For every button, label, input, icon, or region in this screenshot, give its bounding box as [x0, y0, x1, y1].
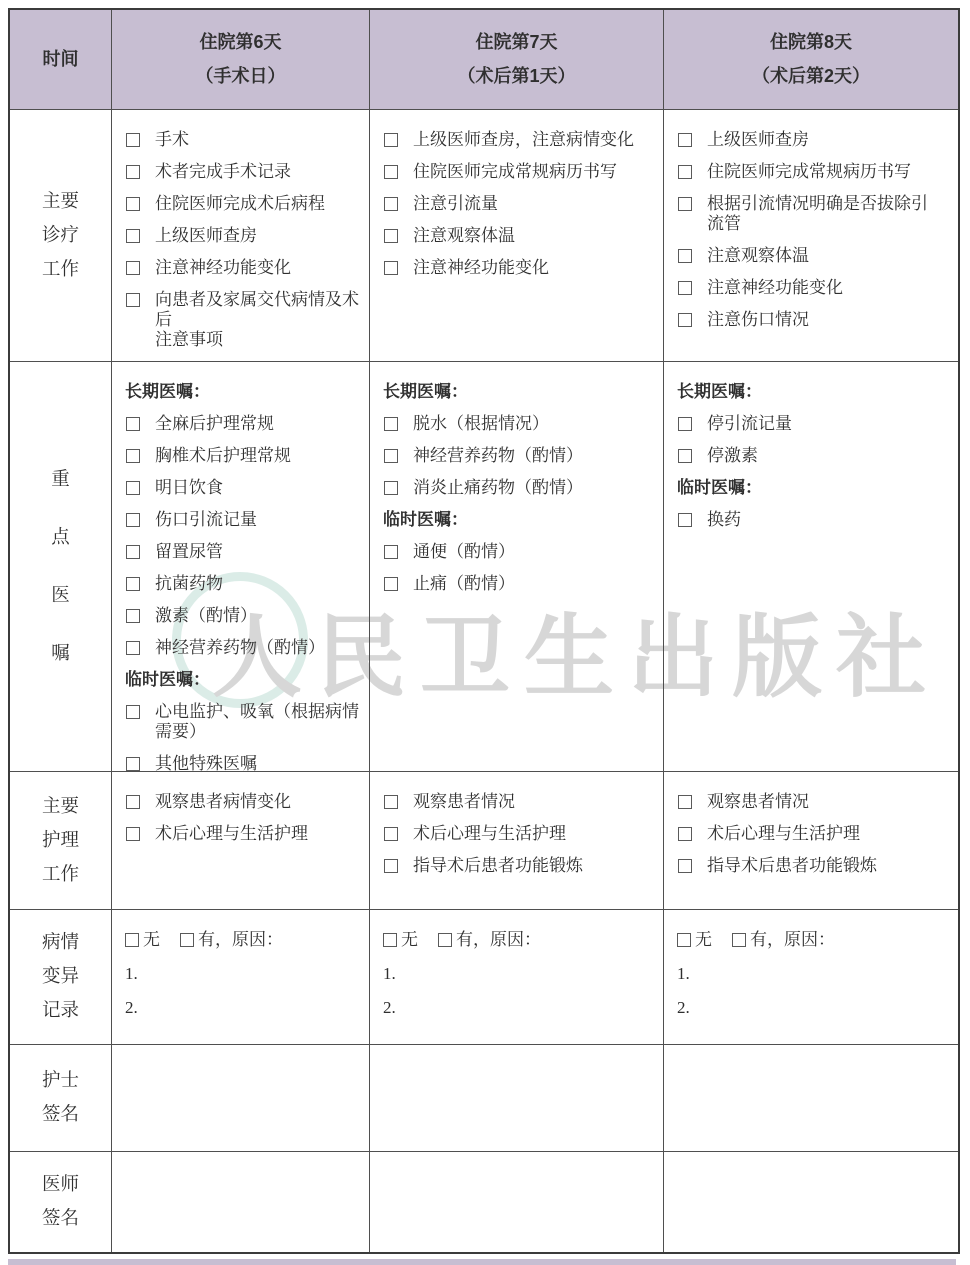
checklist-item: 通便（酌情）	[383, 542, 655, 562]
checklist-item: 停激素	[677, 446, 950, 466]
row-label-line: 点	[51, 509, 70, 567]
checkbox-icon[interactable]	[678, 281, 692, 295]
header-day8-line2: （术后第2天）	[752, 60, 870, 93]
row-label-key-orders: 重点医嘱	[10, 362, 112, 772]
checkbox-icon[interactable]	[678, 513, 692, 527]
row-label-main-nursing: 主要护理工作	[10, 772, 112, 910]
checklist-item-label: 注意引流量	[413, 194, 498, 213]
checklist-item: 其他特殊医嘱	[125, 754, 361, 772]
row-label-physician-signature: 医师签名	[10, 1152, 112, 1252]
variation-none-label: 无	[695, 930, 712, 950]
checkbox-icon[interactable]	[126, 757, 140, 771]
checklist-item: 指导术后患者功能锻炼	[383, 856, 655, 876]
checklist-item: 术者完成手术记录	[125, 162, 361, 182]
cell-variation-day8: 无有，原因：1.2.	[664, 910, 958, 1045]
checklist-item-label: 注意神经功能变化	[413, 258, 549, 277]
row-label-line: 护士	[42, 1064, 79, 1098]
checkbox-icon[interactable]	[126, 641, 140, 655]
checklist-item: 止痛（酌情）	[383, 574, 655, 594]
checklist-item: 激素（酌情）	[125, 606, 361, 626]
row-label-line: 记录	[42, 994, 79, 1028]
order-section-heading: 临时医嘱：	[383, 510, 655, 530]
checklist-item: 根据引流情况明确是否拔除引 流管	[677, 194, 950, 234]
checkbox-icon[interactable]	[678, 249, 692, 263]
variation-none-label: 无	[143, 930, 160, 950]
row-label-line: 变异	[42, 960, 79, 994]
checklist-item-label: 伤口引流记量	[155, 510, 257, 529]
checkbox-icon[interactable]	[384, 795, 398, 809]
checklist-item-label: 术后心理与生活护理	[413, 824, 566, 843]
checkbox-icon[interactable]	[126, 577, 140, 591]
checklist-item-label: 脱水（根据情况）	[413, 414, 549, 433]
row-label-line: 医师	[42, 1168, 79, 1202]
checklist-item: 术后心理与生活护理	[125, 824, 361, 844]
variation-yes-label: 有，原因：	[750, 930, 835, 950]
row-label-line: 签名	[42, 1202, 79, 1236]
header-day6-cell: 住院第6天 （手术日）	[112, 10, 370, 110]
variation-none-option: 无	[677, 930, 712, 950]
cell-orders-day8: 长期医嘱：停引流记量停激素临时医嘱：换药	[664, 362, 958, 772]
cell-treatment-day6: 手术术者完成手术记录住院医师完成术后病程上级医师查房注意神经功能变化向患者及家属…	[112, 110, 370, 362]
variation-yes-option: 有，原因：	[732, 930, 835, 950]
checklist-item-label: 胸椎术后护理常规	[155, 446, 291, 465]
checklist-item-label: 换药	[707, 510, 741, 529]
cell-nurse-signature-day6[interactable]	[112, 1045, 370, 1152]
checkbox-icon[interactable]	[384, 261, 398, 275]
checklist-item: 上级医师查房	[677, 130, 950, 150]
checkbox-icon[interactable]	[678, 795, 692, 809]
variation-none-label: 无	[401, 930, 418, 950]
variation-yes-option: 有，原因：	[180, 930, 283, 950]
checklist-item: 伤口引流记量	[125, 510, 361, 530]
checklist-item: 明日饮食	[125, 478, 361, 498]
checkbox-icon[interactable]	[677, 933, 691, 947]
checkbox-icon[interactable]	[384, 133, 398, 147]
checkbox-icon[interactable]	[180, 933, 194, 947]
checklist-item: 上级医师查房，注意病情变化	[383, 130, 655, 150]
checkbox-icon[interactable]	[678, 827, 692, 841]
checklist-item: 上级医师查房	[125, 226, 361, 246]
checklist-item: 注意引流量	[383, 194, 655, 214]
header-day7-line2: （术后第1天）	[457, 60, 575, 93]
checkbox-icon[interactable]	[384, 577, 398, 591]
variation-none-option: 无	[125, 930, 160, 950]
checkbox-icon[interactable]	[126, 545, 140, 559]
checkbox-icon[interactable]	[678, 313, 692, 327]
checkbox-icon[interactable]	[126, 795, 140, 809]
order-section-heading: 长期医嘱：	[677, 382, 950, 402]
checkbox-icon[interactable]	[732, 933, 746, 947]
cell-variation-day7: 无有，原因：1.2.	[370, 910, 664, 1045]
cell-orders-day7: 长期医嘱：脱水（根据情况）神经营养药物（酌情）消炎止痛药物（酌情）临时医嘱：通便…	[370, 362, 664, 772]
checklist-item: 住院医师完成术后病程	[125, 194, 361, 214]
cell-treatment-day7: 上级医师查房，注意病情变化住院医师完成常规病历书写注意引流量注意观察体温注意神经…	[370, 110, 664, 362]
checkbox-icon[interactable]	[126, 197, 140, 211]
checklist-item: 指导术后患者功能锻炼	[677, 856, 950, 876]
checklist-item-label: 停引流记量	[707, 414, 792, 433]
checklist-item: 胸椎术后护理常规	[125, 446, 361, 466]
checklist-item: 术后心理与生活护理	[383, 824, 655, 844]
checkbox-icon[interactable]	[678, 197, 692, 211]
row-label-line: 护理	[42, 824, 79, 858]
checklist-item-label: 注意观察体温	[707, 246, 809, 265]
row-label-line: 签名	[42, 1098, 79, 1132]
checklist-item-label: 观察患者情况	[707, 792, 809, 811]
checklist-item: 心电监护、吸氧（根据病情需要）	[125, 702, 361, 742]
checkbox-icon[interactable]	[384, 545, 398, 559]
numbered-reason-line: 1.	[125, 964, 361, 984]
numbered-reason-line: 1.	[677, 964, 950, 984]
checkbox-icon[interactable]	[126, 229, 140, 243]
checklist-item: 注意观察体温	[383, 226, 655, 246]
checklist-item: 抗菌药物	[125, 574, 361, 594]
checklist-item: 脱水（根据情况）	[383, 414, 655, 434]
checklist-item-label: 停激素	[707, 446, 758, 465]
numbered-reason-line: 1.	[383, 964, 655, 984]
checklist-item-label: 注意伤口情况	[707, 310, 809, 329]
checklist-item-label: 住院医师完成常规病历书写	[413, 162, 617, 181]
checklist-item: 观察患者情况	[383, 792, 655, 812]
checklist-item-label: 住院医师完成常规病历书写	[707, 162, 911, 181]
checkbox-icon[interactable]	[126, 609, 140, 623]
checklist-item-label: 向患者及家属交代病情及术后 注意事项	[155, 290, 359, 349]
checkbox-icon[interactable]	[678, 859, 692, 873]
checklist-item-label: 激素（酌情）	[155, 606, 257, 625]
checkbox-icon[interactable]	[678, 133, 692, 147]
checklist-item: 换药	[677, 510, 950, 530]
checklist-item-label: 上级医师查房，注意病情变化	[413, 130, 634, 149]
checklist-item: 注意观察体温	[677, 246, 950, 266]
checklist-item-label: 通便（酌情）	[413, 542, 515, 561]
header-time-cell: 时间	[10, 10, 112, 110]
row-label-line: 工作	[42, 253, 79, 287]
checklist-item-label: 观察患者病情变化	[155, 792, 291, 811]
checklist-item: 术后心理与生活护理	[677, 824, 950, 844]
cell-physician-signature-day6[interactable]	[112, 1152, 370, 1252]
order-section-heading: 长期医嘱：	[383, 382, 655, 402]
checklist-item: 神经营养药物（酌情）	[383, 446, 655, 466]
checkbox-icon[interactable]	[384, 197, 398, 211]
checkbox-icon[interactable]	[126, 449, 140, 463]
checkbox-icon[interactable]	[126, 165, 140, 179]
row-label-line: 工作	[42, 858, 79, 892]
header-day6-line1: 住院第6天	[199, 26, 281, 59]
header-day7-line1: 住院第7天	[475, 26, 557, 59]
checklist-item: 注意神经功能变化	[383, 258, 655, 278]
checklist-item-label: 明日饮食	[155, 478, 223, 497]
cell-treatment-day8: 上级医师查房住院医师完成常规病历书写根据引流情况明确是否拔除引 流管注意观察体温…	[664, 110, 958, 362]
cell-variation-day6: 无有，原因：1.2.	[112, 910, 370, 1045]
checklist-item-label: 全麻后护理常规	[155, 414, 274, 433]
numbered-reason-line: 2.	[383, 998, 655, 1018]
checkbox-icon[interactable]	[126, 481, 140, 495]
checklist-item: 观察患者情况	[677, 792, 950, 812]
checklist-item-label: 术后心理与生活护理	[707, 824, 860, 843]
numbered-reason-line: 2.	[125, 998, 361, 1018]
checkbox-icon[interactable]	[126, 417, 140, 431]
checkbox-icon[interactable]	[678, 449, 692, 463]
checklist-item-label: 其他特殊医嘱	[155, 754, 257, 772]
checklist-item-label: 住院医师完成术后病程	[155, 194, 325, 213]
next-page-header-edge	[8, 1259, 956, 1265]
checklist-item: 全麻后护理常规	[125, 414, 361, 434]
cell-nurse-signature-day7[interactable]	[370, 1045, 664, 1152]
order-section-heading: 临时医嘱：	[125, 670, 361, 690]
checklist-item-label: 术后心理与生活护理	[155, 824, 308, 843]
header-day8-cell: 住院第8天 （术后第2天）	[664, 10, 958, 110]
row-label-line: 主要	[42, 185, 79, 219]
checkbox-icon[interactable]	[384, 449, 398, 463]
header-day8-line1: 住院第8天	[770, 26, 852, 59]
variation-yes-label: 有，原因：	[198, 930, 283, 950]
checkbox-icon[interactable]	[678, 417, 692, 431]
row-label-line: 病情	[42, 926, 79, 960]
row-label-variation-record: 病情变异记录	[10, 910, 112, 1045]
checklist-item: 停引流记量	[677, 414, 950, 434]
order-section-heading: 长期医嘱：	[125, 382, 361, 402]
checkbox-icon[interactable]	[384, 481, 398, 495]
order-section-heading: 临时医嘱：	[677, 478, 950, 498]
checklist-item-label: 注意神经功能变化	[155, 258, 291, 277]
clinical-pathway-table: 时间 住院第6天 （手术日） 住院第7天 （术后第1天） 住院第8天 （术后第2…	[8, 8, 960, 1254]
checkbox-icon[interactable]	[383, 933, 397, 947]
checklist-item-label: 术者完成手术记录	[155, 162, 291, 181]
checklist-item-label: 神经营养药物（酌情）	[155, 638, 325, 657]
checkbox-icon[interactable]	[126, 293, 140, 307]
checklist-item: 注意神经功能变化	[125, 258, 361, 278]
checklist-item-label: 指导术后患者功能锻炼	[707, 856, 877, 875]
checkbox-icon[interactable]	[126, 261, 140, 275]
variation-yes-option: 有，原因：	[438, 930, 541, 950]
checkbox-icon[interactable]	[126, 133, 140, 147]
checkbox-icon[interactable]	[126, 513, 140, 527]
checklist-item: 住院医师完成常规病历书写	[383, 162, 655, 182]
cell-orders-day6: 长期医嘱：全麻后护理常规胸椎术后护理常规明日饮食伤口引流记量留置尿管抗菌药物激素…	[112, 362, 370, 772]
checklist-item: 留置尿管	[125, 542, 361, 562]
checkbox-icon[interactable]	[126, 827, 140, 841]
row-label-line: 主要	[42, 790, 79, 824]
checklist-item: 向患者及家属交代病情及术后 注意事项	[125, 290, 361, 350]
checklist-item-label: 观察患者情况	[413, 792, 515, 811]
variation-choice-line: 无有，原因：	[125, 930, 361, 950]
checklist-item-label: 注意观察体温	[413, 226, 515, 245]
checklist-item: 消炎止痛药物（酌情）	[383, 478, 655, 498]
checkbox-icon[interactable]	[384, 165, 398, 179]
cell-nurse-signature-day8[interactable]	[664, 1045, 958, 1152]
checklist-item: 注意伤口情况	[677, 310, 950, 330]
numbered-reason-line: 2.	[677, 998, 950, 1018]
checklist-item-label: 根据引流情况明确是否拔除引 流管	[707, 194, 928, 233]
checkbox-icon[interactable]	[438, 933, 452, 947]
header-time-label: 时间	[43, 43, 79, 76]
checklist-item: 手术	[125, 130, 361, 150]
checklist-item: 观察患者病情变化	[125, 792, 361, 812]
cell-nursing-day8: 观察患者情况术后心理与生活护理指导术后患者功能锻炼	[664, 772, 958, 910]
checklist-item-label: 消炎止痛药物（酌情）	[413, 478, 583, 497]
checklist-item: 注意神经功能变化	[677, 278, 950, 298]
row-label-main-treatment: 主要诊疗工作	[10, 110, 112, 362]
variation-yes-label: 有，原因：	[456, 930, 541, 950]
checklist-item: 神经营养药物（酌情）	[125, 638, 361, 658]
checklist-item-label: 指导术后患者功能锻炼	[413, 856, 583, 875]
cell-nursing-day6: 观察患者病情变化术后心理与生活护理	[112, 772, 370, 910]
checklist-item-label: 上级医师查房	[707, 130, 809, 149]
cell-physician-signature-day8[interactable]	[664, 1152, 958, 1252]
cell-nursing-day7: 观察患者情况术后心理与生活护理指导术后患者功能锻炼	[370, 772, 664, 910]
row-label-line: 诊疗	[42, 219, 79, 253]
variation-choice-line: 无有，原因：	[677, 930, 950, 950]
row-label-line: 重	[51, 451, 70, 509]
checklist-item-label: 上级医师查房	[155, 226, 257, 245]
row-label-line: 医	[51, 567, 70, 625]
checkbox-icon[interactable]	[384, 827, 398, 841]
header-day6-line2: （手术日）	[196, 60, 286, 93]
variation-choice-line: 无有，原因：	[383, 930, 655, 950]
header-day7-cell: 住院第7天 （术后第1天）	[370, 10, 664, 110]
checklist-item-label: 神经营养药物（酌情）	[413, 446, 583, 465]
checkbox-icon[interactable]	[384, 859, 398, 873]
checklist-item-label: 心电监护、吸氧（根据病情需要）	[155, 702, 359, 741]
checklist-item-label: 抗菌药物	[155, 574, 223, 593]
checkbox-icon[interactable]	[384, 417, 398, 431]
row-label-line: 嘱	[51, 625, 70, 683]
checkbox-icon[interactable]	[384, 229, 398, 243]
variation-none-option: 无	[383, 930, 418, 950]
checkbox-icon[interactable]	[126, 705, 140, 719]
checklist-item-label: 止痛（酌情）	[413, 574, 515, 593]
checklist-item: 住院医师完成常规病历书写	[677, 162, 950, 182]
checkbox-icon[interactable]	[678, 165, 692, 179]
cell-physician-signature-day7[interactable]	[370, 1152, 664, 1252]
checklist-item-label: 注意神经功能变化	[707, 278, 843, 297]
checklist-item-label: 留置尿管	[155, 542, 223, 561]
checkbox-icon[interactable]	[125, 933, 139, 947]
row-label-nurse-signature: 护士签名	[10, 1045, 112, 1152]
checklist-item-label: 手术	[155, 130, 189, 149]
